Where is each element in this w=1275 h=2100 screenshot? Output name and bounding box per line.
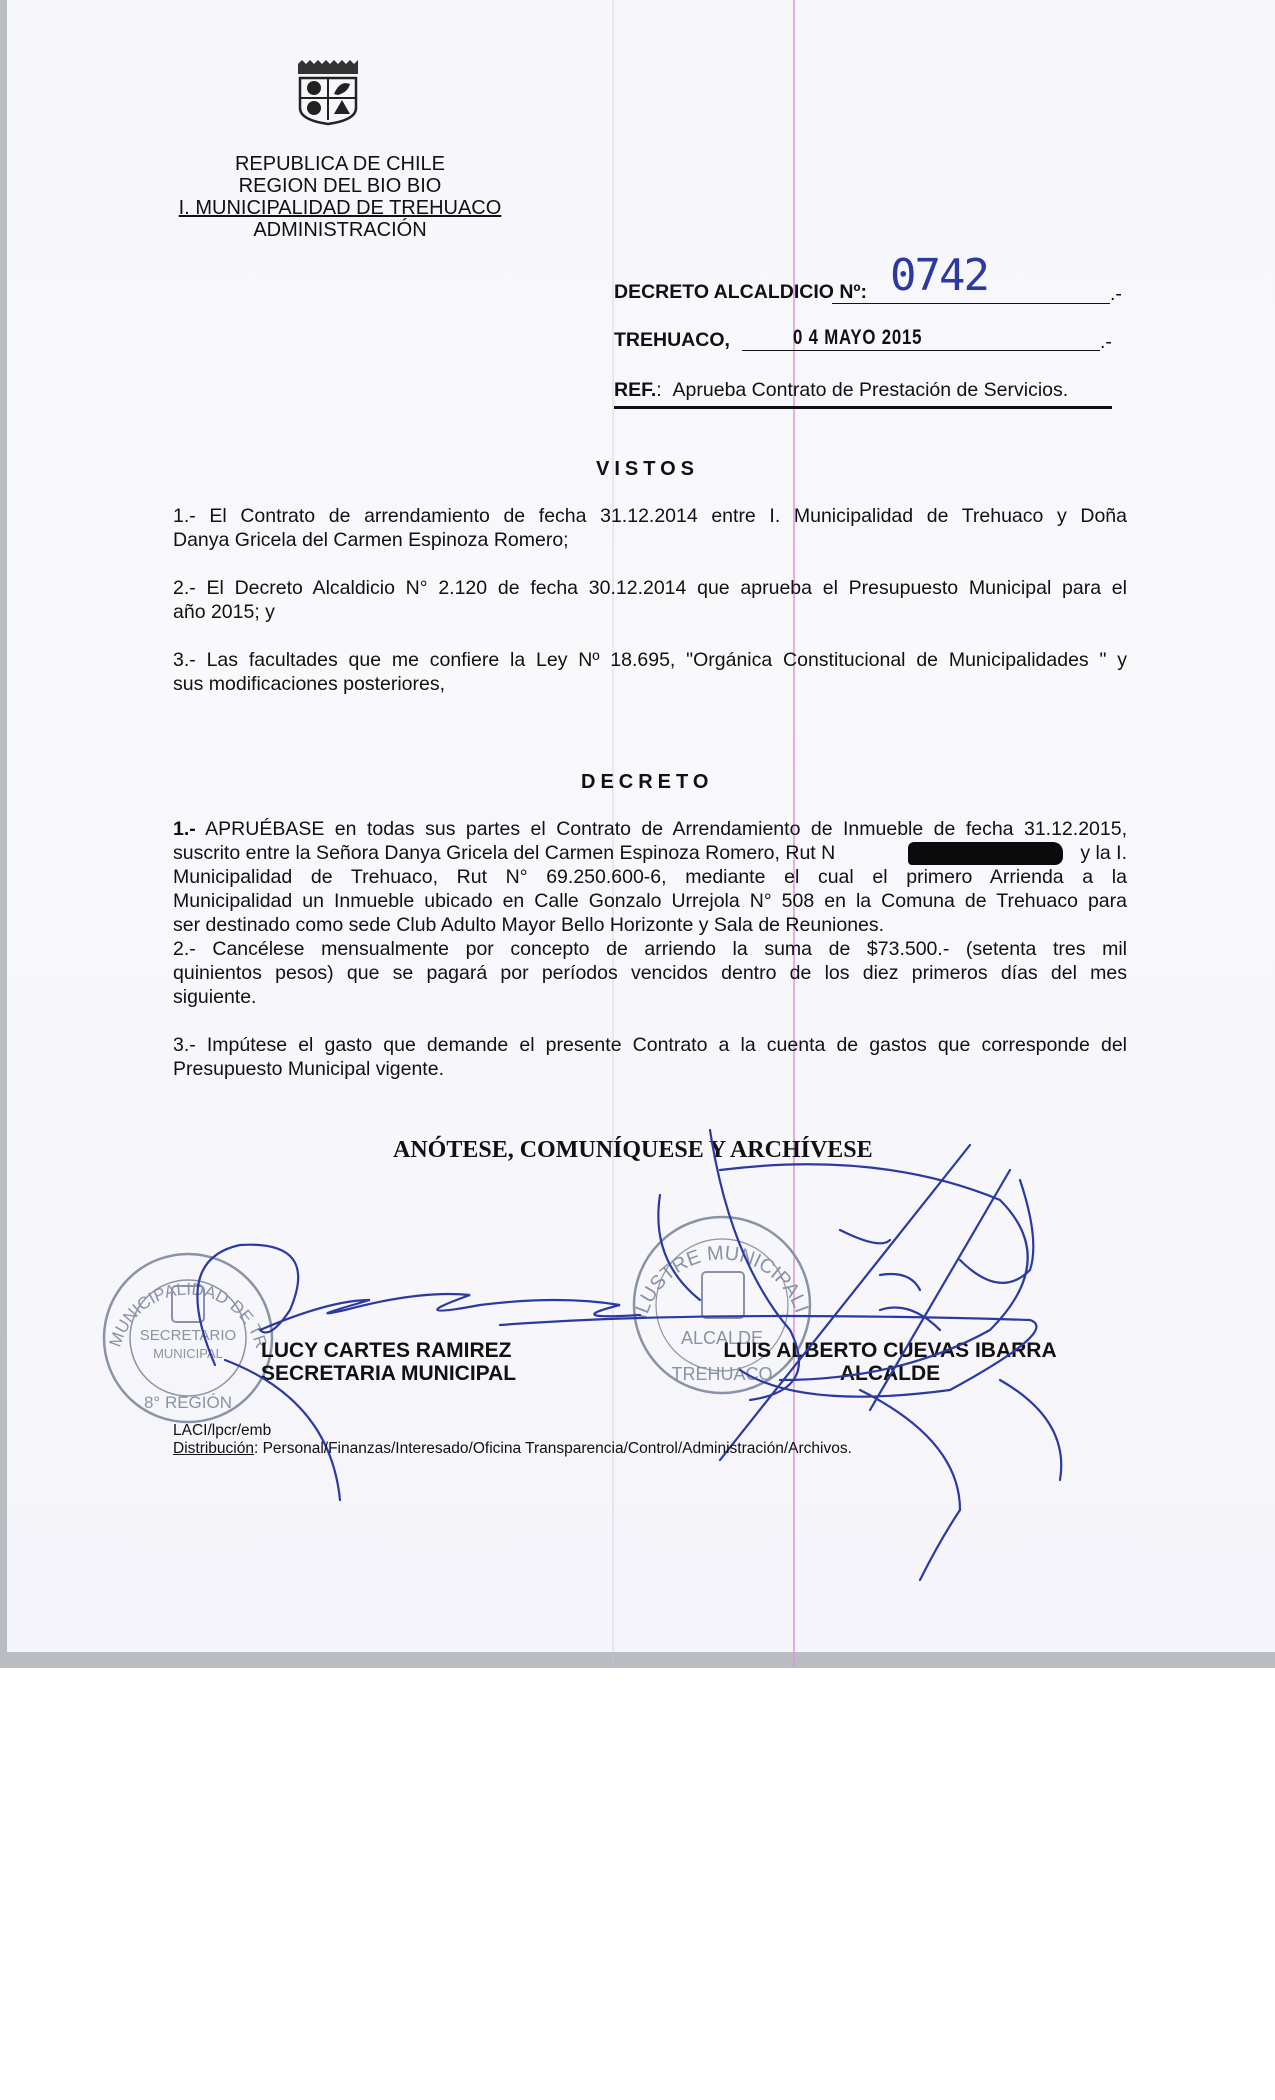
- initials: LACI/lpcr/emb: [173, 1421, 271, 1440]
- distribution-line: Distribución: Personal/Finanzas/Interesa…: [173, 1439, 852, 1458]
- distribution-list: : Personal/Finanzas/Interesado/Oficina T…: [254, 1440, 852, 1457]
- distribution-label: Distribución: [173, 1440, 254, 1457]
